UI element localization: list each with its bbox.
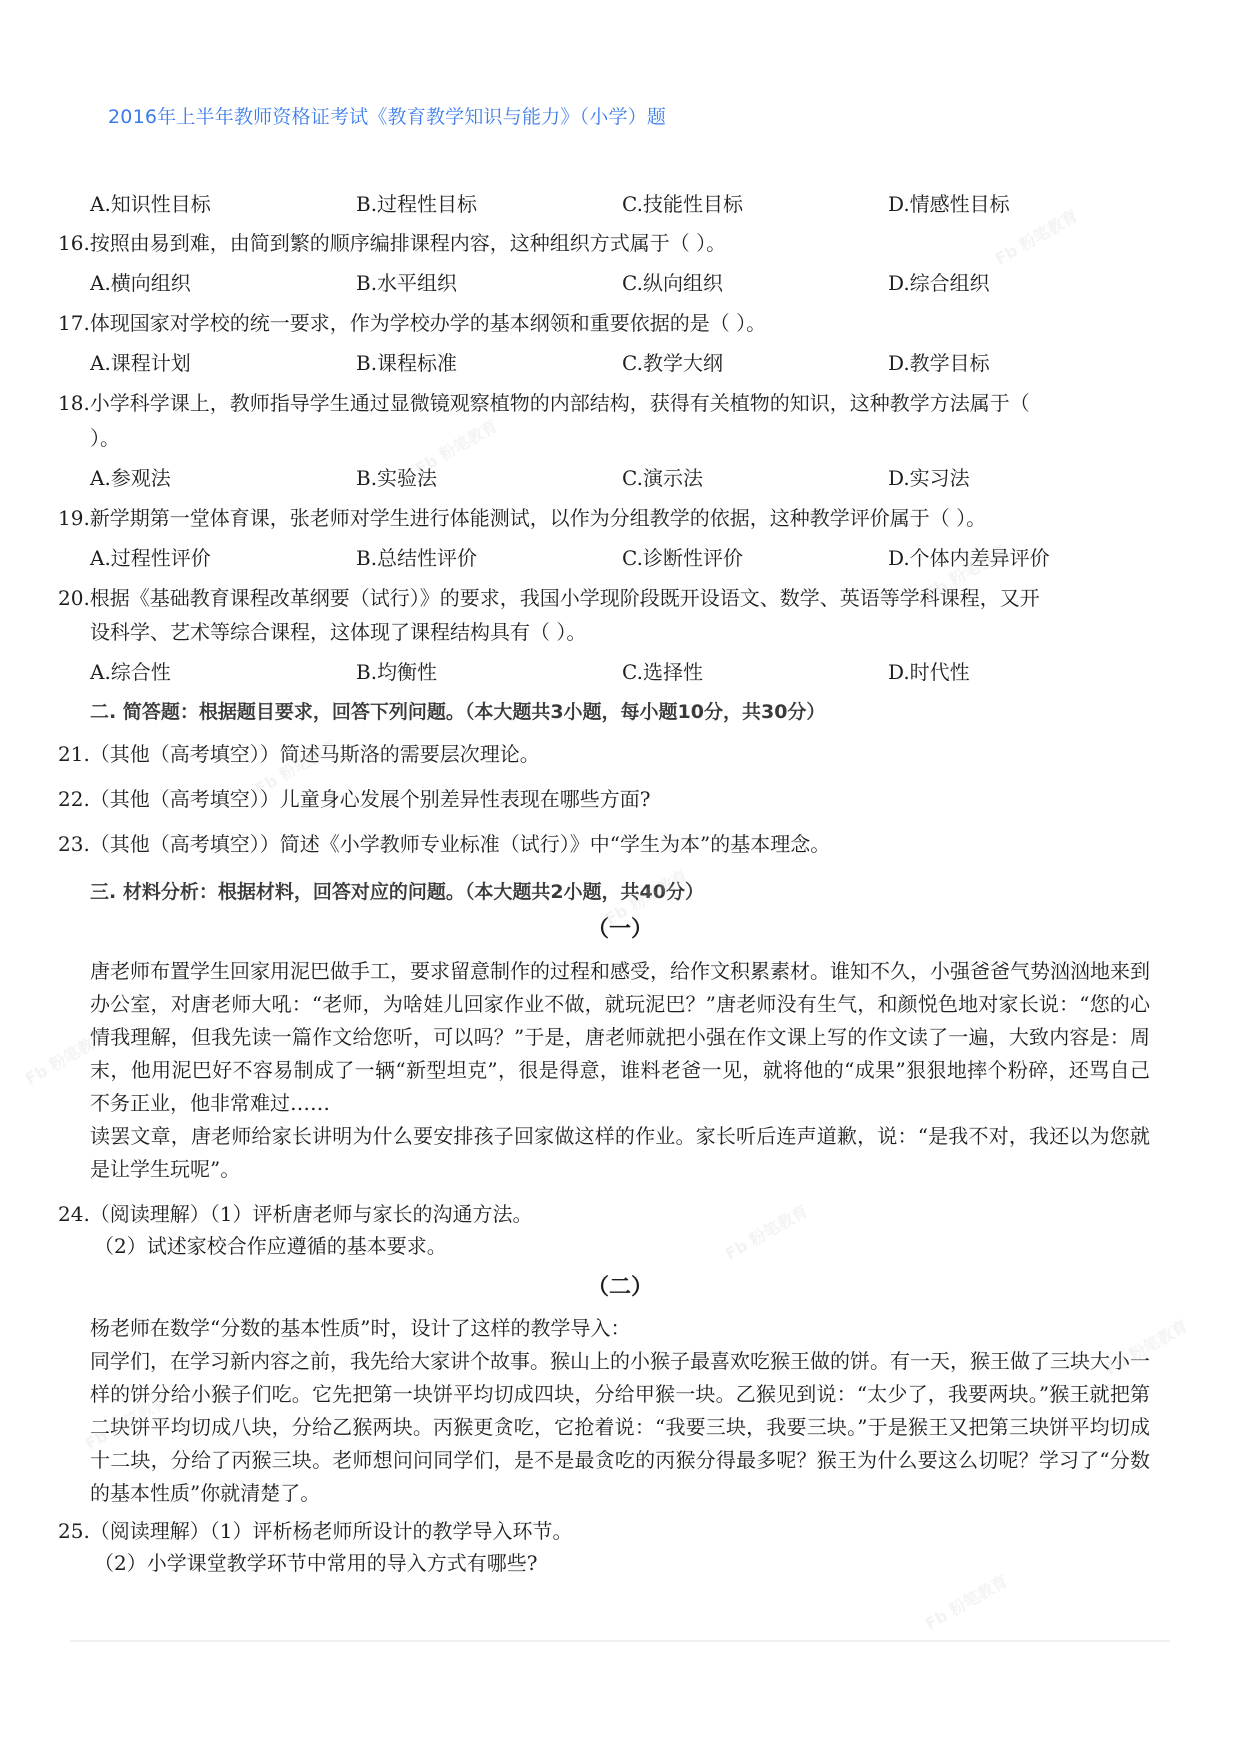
q17-options: A.课程计划 B.课程标准 C.教学大纲 D.教学目标: [90, 349, 1190, 377]
q25-question-part1: 25.（阅读理解）（1）评析杨老师所设计的教学导入环节。: [58, 1517, 573, 1545]
q18-option-b: B.实验法: [356, 464, 437, 492]
watermark-logo: Fb 粉笔教育: [920, 1569, 1011, 1635]
q19-option-b: B.总结性评价: [356, 544, 477, 572]
q18-option-d: D.实习法: [888, 464, 970, 492]
q16-option-c: C.纵向组织: [622, 269, 723, 297]
q19-stem: 19.新学期第一堂体育课，张老师对学生进行体能测试，以作为分组教学的依据，这种教…: [58, 504, 986, 532]
q20-stem-line1: 20.根据《基础教育课程改革纲要（试行）》的要求，我国小学现阶段既开设语文、数学…: [58, 584, 1040, 612]
q19-option-c: C.诊断性评价: [622, 544, 743, 572]
q18-stem-line1: 18.小学科学课上，教师指导学生通过显微镜观察植物的内部结构，获得有关植物的知识…: [58, 389, 1030, 417]
q23-item: 23.（其他（高考填空））简述《小学教师专业标准（试行）》中“学生为本”的基本理…: [58, 830, 830, 858]
q24-question-part1: 24.（阅读理解）（1）评析唐老师与家长的沟通方法。: [58, 1200, 533, 1228]
q24-question-part2: （2）试述家校合作应遵循的基本要求。: [94, 1232, 447, 1260]
section2-heading: 二. 简答题：根据题目要求，回答下列问题。（本大题共3小题，每小题10分，共30…: [90, 698, 825, 726]
case1-label: （一）: [0, 915, 1240, 945]
q17-option-d: D.教学目标: [888, 349, 990, 377]
case2-paragraph1: 杨老师在数学“分数的基本性质”时，设计了这样的教学导入：: [90, 1312, 1150, 1345]
q17-option-c: C.教学大纲: [622, 349, 723, 377]
q19-options: A.过程性评价 B.总结性评价 C.诊断性评价 D.个体内差异评价: [90, 544, 1190, 572]
q18-option-c: C.演示法: [622, 464, 703, 492]
q16-option-d: D.综合组织: [888, 269, 990, 297]
q20-stem-line2: 设科学、艺术等综合课程，这体现了课程结构具有（ ）。: [90, 618, 586, 646]
q21-item: 21.（其他（高考填空））简述马斯洛的需要层次理论。: [58, 740, 540, 768]
footer-divider: [70, 1640, 1170, 1642]
case1-paragraph1: 唐老师布置学生回家用泥巴做手工，要求留意制作的过程和感受，给作文积累素材。谁知不…: [90, 955, 1150, 1120]
q22-item: 22.（其他（高考填空））儿童身心发展个别差异性表现在哪些方面?: [58, 785, 651, 813]
q16-option-b: B.水平组织: [356, 269, 457, 297]
q20-option-c: C.选择性: [622, 658, 703, 686]
q15-option-d: D.情感性目标: [888, 190, 1010, 218]
q15-options: A.知识性目标 B.过程性目标 C.技能性目标 D.情感性目标: [90, 190, 1190, 218]
q20-options: A.综合性 B.均衡性 C.选择性 D.时代性: [90, 658, 1190, 686]
case1-paragraph2: 读罢文章，唐老师给家长讲明为什么要安排孩子回家做这样的作业。家长听后连声道歉，说…: [90, 1120, 1150, 1186]
q19-option-a: A.过程性评价: [90, 544, 211, 572]
q17-option-a: A.课程计划: [90, 349, 191, 377]
q19-option-d: D.个体内差异评价: [888, 544, 1050, 572]
q20-option-a: A.综合性: [90, 658, 171, 686]
q18-stem-line2: ）。: [90, 424, 120, 452]
q16-options: A.横向组织 B.水平组织 C.纵向组织 D.综合组织: [90, 269, 1190, 297]
q15-option-b: B.过程性目标: [356, 190, 477, 218]
watermark-logo: Fb 粉笔教育: [720, 1199, 811, 1265]
q20-option-b: B.均衡性: [356, 658, 437, 686]
q15-option-c: C.技能性目标: [622, 190, 743, 218]
section3-heading: 三. 材料分析：根据材料，回答对应的问题。（本大题共2小题，共40分）: [90, 878, 704, 906]
q20-option-d: D.时代性: [888, 658, 970, 686]
case2-label: （二）: [0, 1273, 1240, 1303]
q18-options: A.参观法 B.实验法 C.演示法 D.实习法: [90, 464, 1190, 492]
exam-page: 2016年上半年教师资格证考试《教育教学知识与能力》（小学）题 A.知识性目标 …: [0, 0, 1240, 1754]
q17-stem: 17.体现国家对学校的统一要求，作为学校办学的基本纲领和重要依据的是（ ）。: [58, 309, 766, 337]
q18-option-a: A.参观法: [90, 464, 171, 492]
case2-paragraph2: 同学们，在学习新内容之前，我先给大家讲个故事。猴山上的小猴子最喜欢吃猴王做的饼。…: [90, 1345, 1150, 1510]
document-title: 2016年上半年教师资格证考试《教育教学知识与能力》（小学）题: [108, 102, 666, 129]
q16-stem: 16.按照由易到难，由简到繁的顺序编排课程内容，这种组织方式属于（ ）。: [58, 229, 726, 257]
q15-option-a: A.知识性目标: [90, 190, 211, 218]
q17-option-b: B.课程标准: [356, 349, 457, 377]
q16-option-a: A.横向组织: [90, 269, 191, 297]
q25-question-part2: （2）小学课堂教学环节中常用的导入方式有哪些?: [94, 1549, 537, 1577]
